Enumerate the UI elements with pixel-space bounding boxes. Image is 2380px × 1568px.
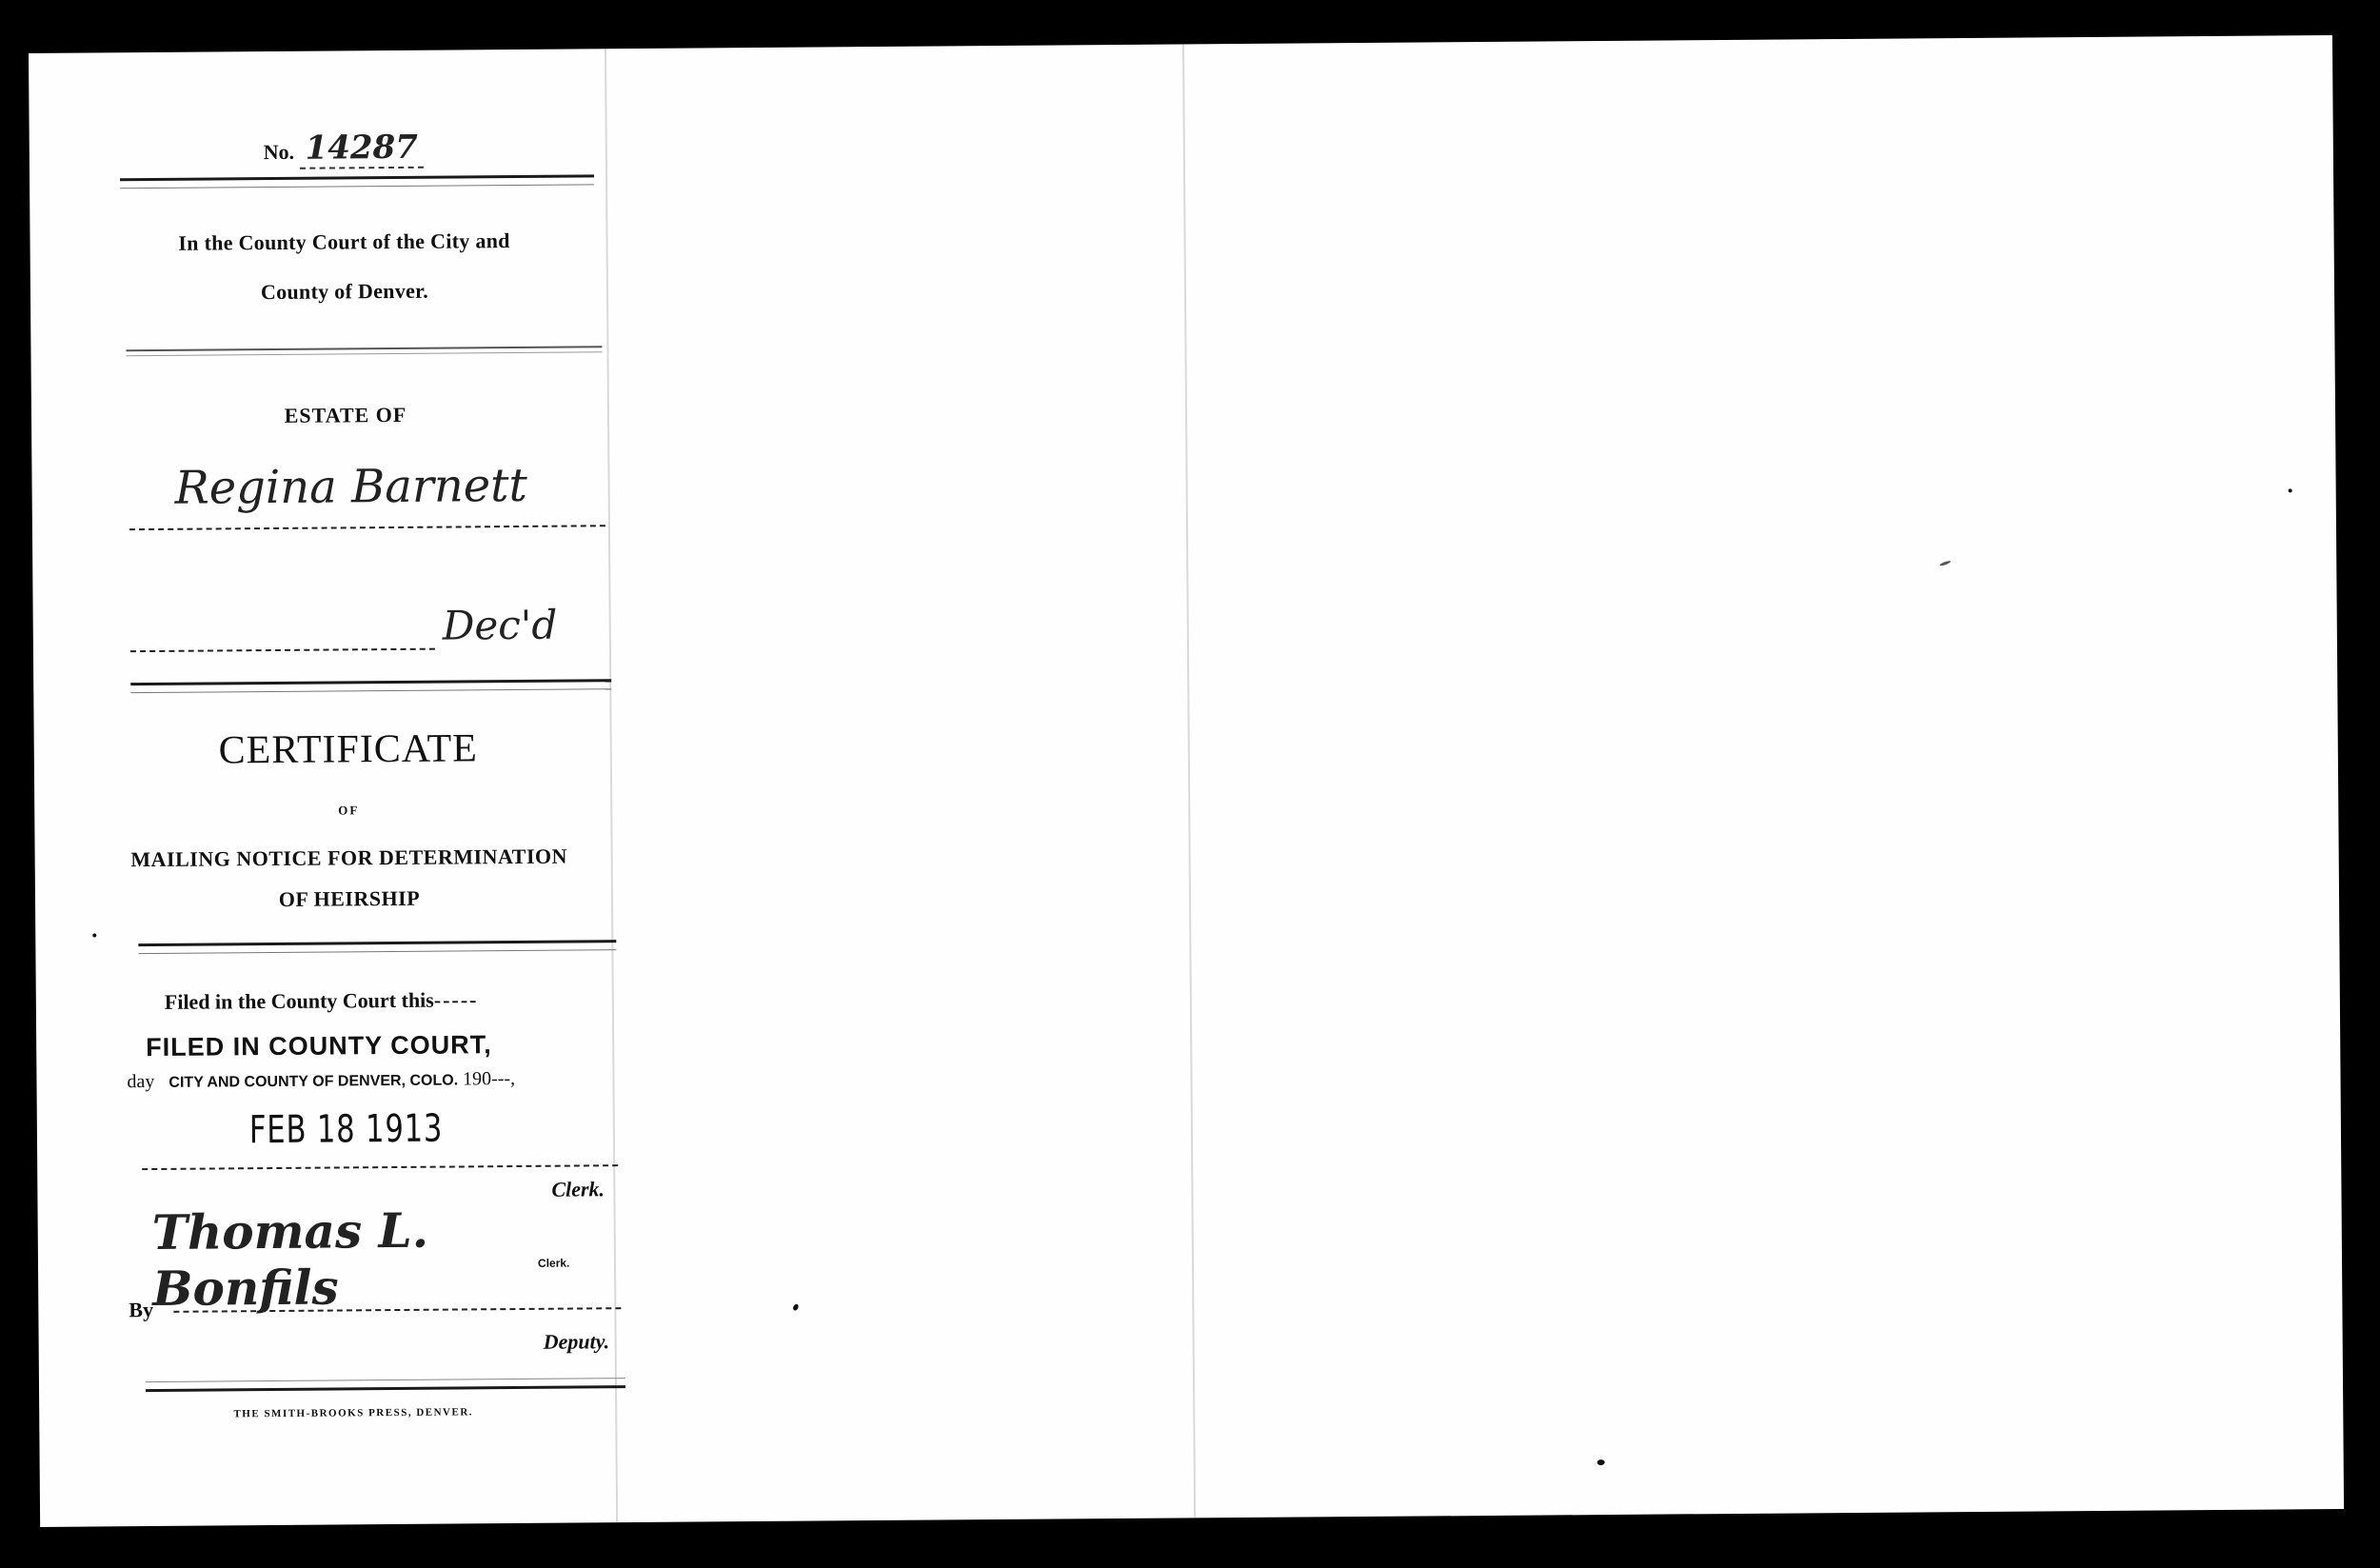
stamp-line-2: CITY AND COUNTY OF DENVER, COLO. — [169, 1072, 458, 1090]
speck — [792, 1303, 800, 1312]
speck — [2289, 488, 2292, 492]
signature-stamp-label: Clerk. — [538, 1256, 609, 1270]
year-prefix: 190 — [463, 1068, 491, 1089]
divider — [120, 174, 594, 189]
divider — [130, 679, 611, 693]
name-line — [129, 525, 605, 530]
date-stamp: FEB 18 1913 — [249, 1107, 444, 1153]
decedent-name: Regina Barnett — [174, 458, 603, 515]
subtitle-line-1: MAILING NOTICE FOR DETERMINATION — [92, 844, 606, 872]
deputy-label: Deputy. — [544, 1329, 610, 1355]
day-line: day CITY AND COUNTY OF DENVER, COLO. 190… — [127, 1067, 607, 1093]
case-number-label: No. — [264, 140, 295, 164]
stamp-line-1: FILED IN COUNTY COURT, — [146, 1029, 607, 1062]
filed-line: Filed in the County Court this----- — [165, 986, 607, 1015]
filed-line-text: Filed in the County Court this — [165, 988, 434, 1014]
date-line — [142, 1164, 618, 1170]
court-line-2: County of Denver. — [88, 277, 602, 306]
deceased-label: Dec'd — [443, 601, 605, 648]
court-line-1: In the County Court of the City and — [87, 228, 601, 256]
title-of: OF — [91, 801, 605, 820]
case-number-value: 14287 — [299, 129, 424, 169]
certificate-title: CERTIFICATE — [91, 724, 605, 774]
cover-panel: No. 14287 In the County Court of the Cit… — [86, 49, 611, 1526]
divider — [138, 940, 616, 954]
document-page: No. 14287 In the County Court of the Cit… — [29, 35, 2344, 1527]
estate-label: ESTATE OF — [89, 401, 603, 429]
speck — [92, 933, 96, 937]
divider — [126, 346, 602, 356]
printer-imprint: THE SMITH-BROOKS PRESS, DENVER. — [96, 1405, 610, 1420]
fold-line — [1182, 44, 1196, 1518]
case-number: No. 14287 — [87, 127, 601, 169]
speck — [1939, 560, 1951, 566]
speck — [1597, 1459, 1605, 1465]
clerk-label: Clerk. — [551, 1177, 608, 1201]
subtitle-line-2: OF HEIRSHIP — [92, 884, 606, 913]
divider — [146, 1378, 625, 1392]
deceased-line — [130, 648, 435, 653]
day-label: day — [127, 1071, 154, 1092]
date-stamp-wrap: FEB 18 1913 — [85, 1105, 608, 1153]
